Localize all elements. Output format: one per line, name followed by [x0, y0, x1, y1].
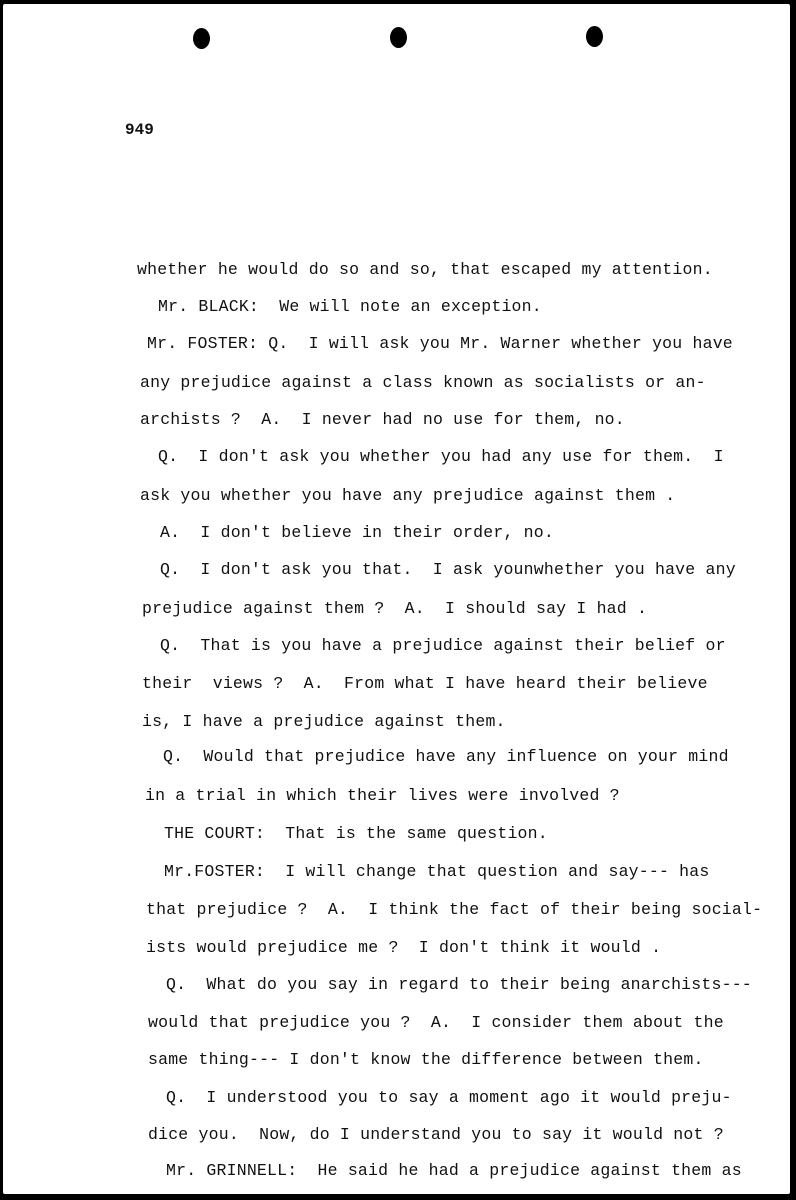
transcript-line: Q. Would that prejudice have any influen…: [163, 747, 729, 767]
transcript-line: would that prejudice you ? A. I consider…: [148, 1013, 724, 1033]
transcript-line: dice you. Now, do I understand you to sa…: [148, 1125, 724, 1145]
transcript-line: Mr. FOSTER: Q. I will ask you Mr. Warner…: [147, 334, 733, 354]
transcript-line: A. I don't believe in their order, no.: [160, 523, 554, 543]
transcript-line: in a trial in which their lives were inv…: [145, 786, 620, 806]
transcript-line: THE COURT: That is the same question.: [164, 824, 548, 844]
transcript-line: is, I have a prejudice against them.: [142, 712, 506, 732]
punch-hole-icon: [193, 28, 210, 49]
transcript-line: Mr. GRINNELL: He said he had a prejudice…: [166, 1161, 742, 1181]
transcript-line: same thing--- I don't know the differenc…: [148, 1050, 704, 1070]
transcript-line: archists ? A. I never had no use for the…: [140, 410, 625, 430]
transcript-line: Q. I understood you to say a moment ago …: [166, 1088, 732, 1108]
transcript-line: Q. I don't ask you whether you had any u…: [158, 447, 724, 467]
transcript-line: Mr.FOSTER: I will change that question a…: [164, 862, 710, 882]
transcript-page: 949 whether he would do so and so, that …: [3, 4, 790, 1194]
transcript-line: that prejudice ? A. I think the fact of …: [146, 900, 762, 920]
punch-hole-icon: [586, 26, 603, 47]
transcript-line: their views ? A. From what I have heard …: [142, 674, 708, 694]
transcript-line: ask you whether you have any prejudice a…: [140, 486, 675, 506]
transcript-line: Q. I don't ask you that. I ask younwheth…: [160, 560, 736, 580]
transcript-line: any prejudice against a class known as s…: [140, 373, 706, 393]
transcript-line: whether he would do so and so, that esca…: [137, 260, 713, 280]
transcript-line: prejudice against them ? A. I should say…: [142, 599, 647, 619]
punch-hole-icon: [390, 27, 407, 48]
page-number: 949: [125, 121, 154, 139]
transcript-line: Q. What do you say in regard to their be…: [166, 975, 752, 995]
transcript-line: Mr. BLACK: We will note an exception.: [158, 297, 542, 317]
transcript-line: Q. That is you have a prejudice against …: [160, 636, 726, 656]
transcript-line: ists would prejudice me ? I don't think …: [146, 938, 661, 958]
